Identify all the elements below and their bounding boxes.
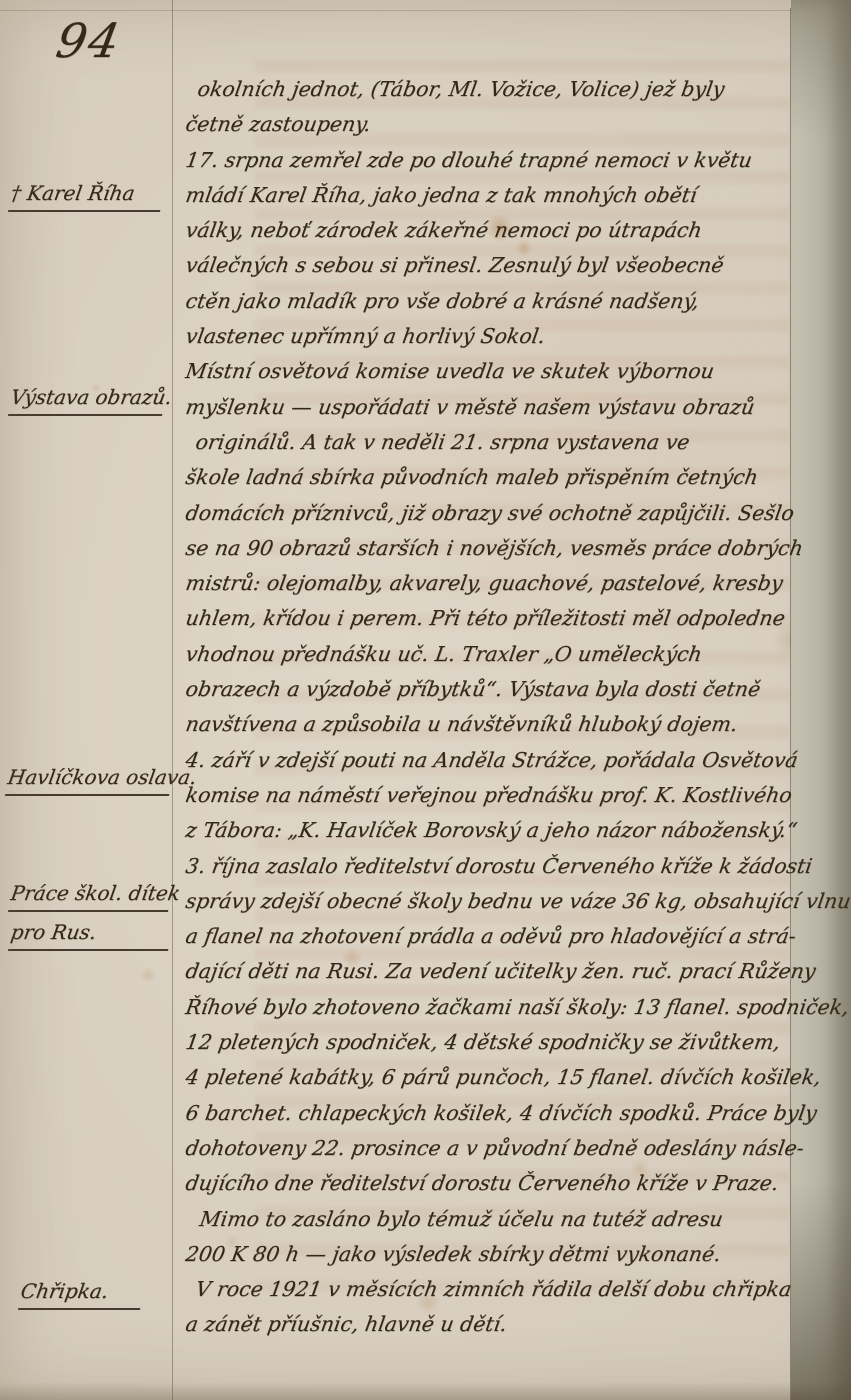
manuscript-line: dujícího dne ředitelství dorostu Červené… [183,1166,791,1201]
manuscript-line: V roce 1921 v měsících zimních řádila de… [193,1272,791,1307]
margin-note-prace-skol-ditek: Práce škol. dítek pro Rus. [8,880,168,951]
manuscript-line: a zánět příušnic, hlavně u dětí. [183,1307,791,1342]
manuscript-line: ctěn jako mladík pro vše dobré a krásné … [183,284,791,319]
margin-note-havlickova-oslava: Havlíčkova oslava. [5,764,169,796]
manuscript-line: obrazech a výzdobě příbytků“. Výstava by… [183,672,791,707]
margin-note-label: † Karel Říha [8,180,165,212]
manuscript-line: 4. září v zdejší pouti na Anděla Strážce… [183,743,791,778]
manuscript-line: dohotoveny 22. prosince a v původní bedn… [183,1131,791,1166]
manuscript-line: 4 pletené kabátky, 6 párů punčoch, 15 fl… [183,1060,791,1095]
manuscript-line: 200 K 80 h — jako výsledek sbírky dětmi … [183,1237,791,1272]
manuscript-line: a flanel na zhotovení prádla a oděvů pro… [183,919,791,954]
top-rule-line [0,10,851,11]
margin-note-vystava-obrazu: Výstava obrazů. [8,384,162,416]
manuscript-line: navštívena a způsobila u návštěvníků hlu… [183,707,791,742]
manuscript-line: okolních jednot, (Tábor, Ml. Vožice, Vol… [195,72,791,107]
margin-note-chripka: Chřipka. [18,1278,140,1310]
manuscript-line: války, neboť zárodek zákeřné nemoci po ú… [183,213,791,248]
manuscript-line: vlastenec upřímný a horlivý Sokol. [183,319,791,354]
manuscript-line: komise na náměstí veřejnou přednášku pro… [183,778,791,813]
margin-note-label: Chřipka. [18,1278,145,1310]
manuscript-line: myšlenku — uspořádati v městě našem výst… [183,390,791,425]
right-rule-line [790,8,791,1400]
margin-note-karel-riha: † Karel Říha [8,180,160,212]
manuscript-line: z Tábora: „K. Havlíček Borovský a jeho n… [183,813,791,848]
manuscript-line: vhodnou přednášku uč. L. Traxler „O uměl… [183,637,791,672]
margin-note-label: Výstava obrazů. [8,384,167,416]
manuscript-body: okolních jednot, (Tábor, Ml. Vožice, Vol… [183,72,785,1343]
manuscript-line: správy zdejší obecné školy bednu ve váze… [183,884,791,919]
manuscript-line: Mimo to zasláno bylo témuž účelu na tuté… [197,1202,791,1237]
manuscript-line: četně zastoupeny. [183,107,791,142]
manuscript-line: Místní osvětová komise uvedla ve skutek … [183,354,791,389]
margin-note-label: Havlíčkova oslava. [5,764,174,796]
margin-note-label: Práce škol. dítek [8,880,173,912]
manuscript-line: dající děti na Rusi. Za vedení učitelky … [183,954,791,989]
manuscript-line: originálů. A tak v neděli 21. srpna vyst… [193,425,791,460]
manuscript-line: válečných s sebou si přinesl. Zesnulý by… [183,248,791,283]
book-page-edge [791,0,851,1400]
manuscript-line: 6 barchet. chlapeckých košilek, 4 dívčíc… [183,1096,791,1131]
manuscript-line: škole ladná sbírka původních maleb přisp… [183,460,791,495]
manuscript-line: Říhové bylo zhotoveno žačkami naší školy… [183,990,791,1025]
manuscript-line: 17. srpna zemřel zde po dlouhé trapné ne… [183,143,791,178]
manuscript-line: mládí Karel Říha, jako jedna z tak mnohý… [183,178,791,213]
margin-rule-line [172,0,173,1400]
manuscript-line: 3. října zaslalo ředitelství dorostu Čer… [183,849,791,884]
manuscript-line: domácích příznivců, již obrazy své ochot… [183,496,791,531]
manuscript-page: 94 † Karel Říha Výstava obrazů. Havlíčko… [0,0,851,1400]
bottom-edge-shadow [0,1382,851,1400]
manuscript-line: 12 pletených spodniček, 4 dětské spodnič… [183,1025,791,1060]
margin-note-label-line2: pro Rus. [8,919,173,951]
manuscript-line: mistrů: olejomalby, akvarely, guachové, … [183,566,791,601]
page-number: 94 [52,14,126,69]
manuscript-line: uhlem, křídou i perem. Při této příležit… [183,601,791,636]
manuscript-line: se na 90 obrazů starších i novějších, ve… [183,531,791,566]
